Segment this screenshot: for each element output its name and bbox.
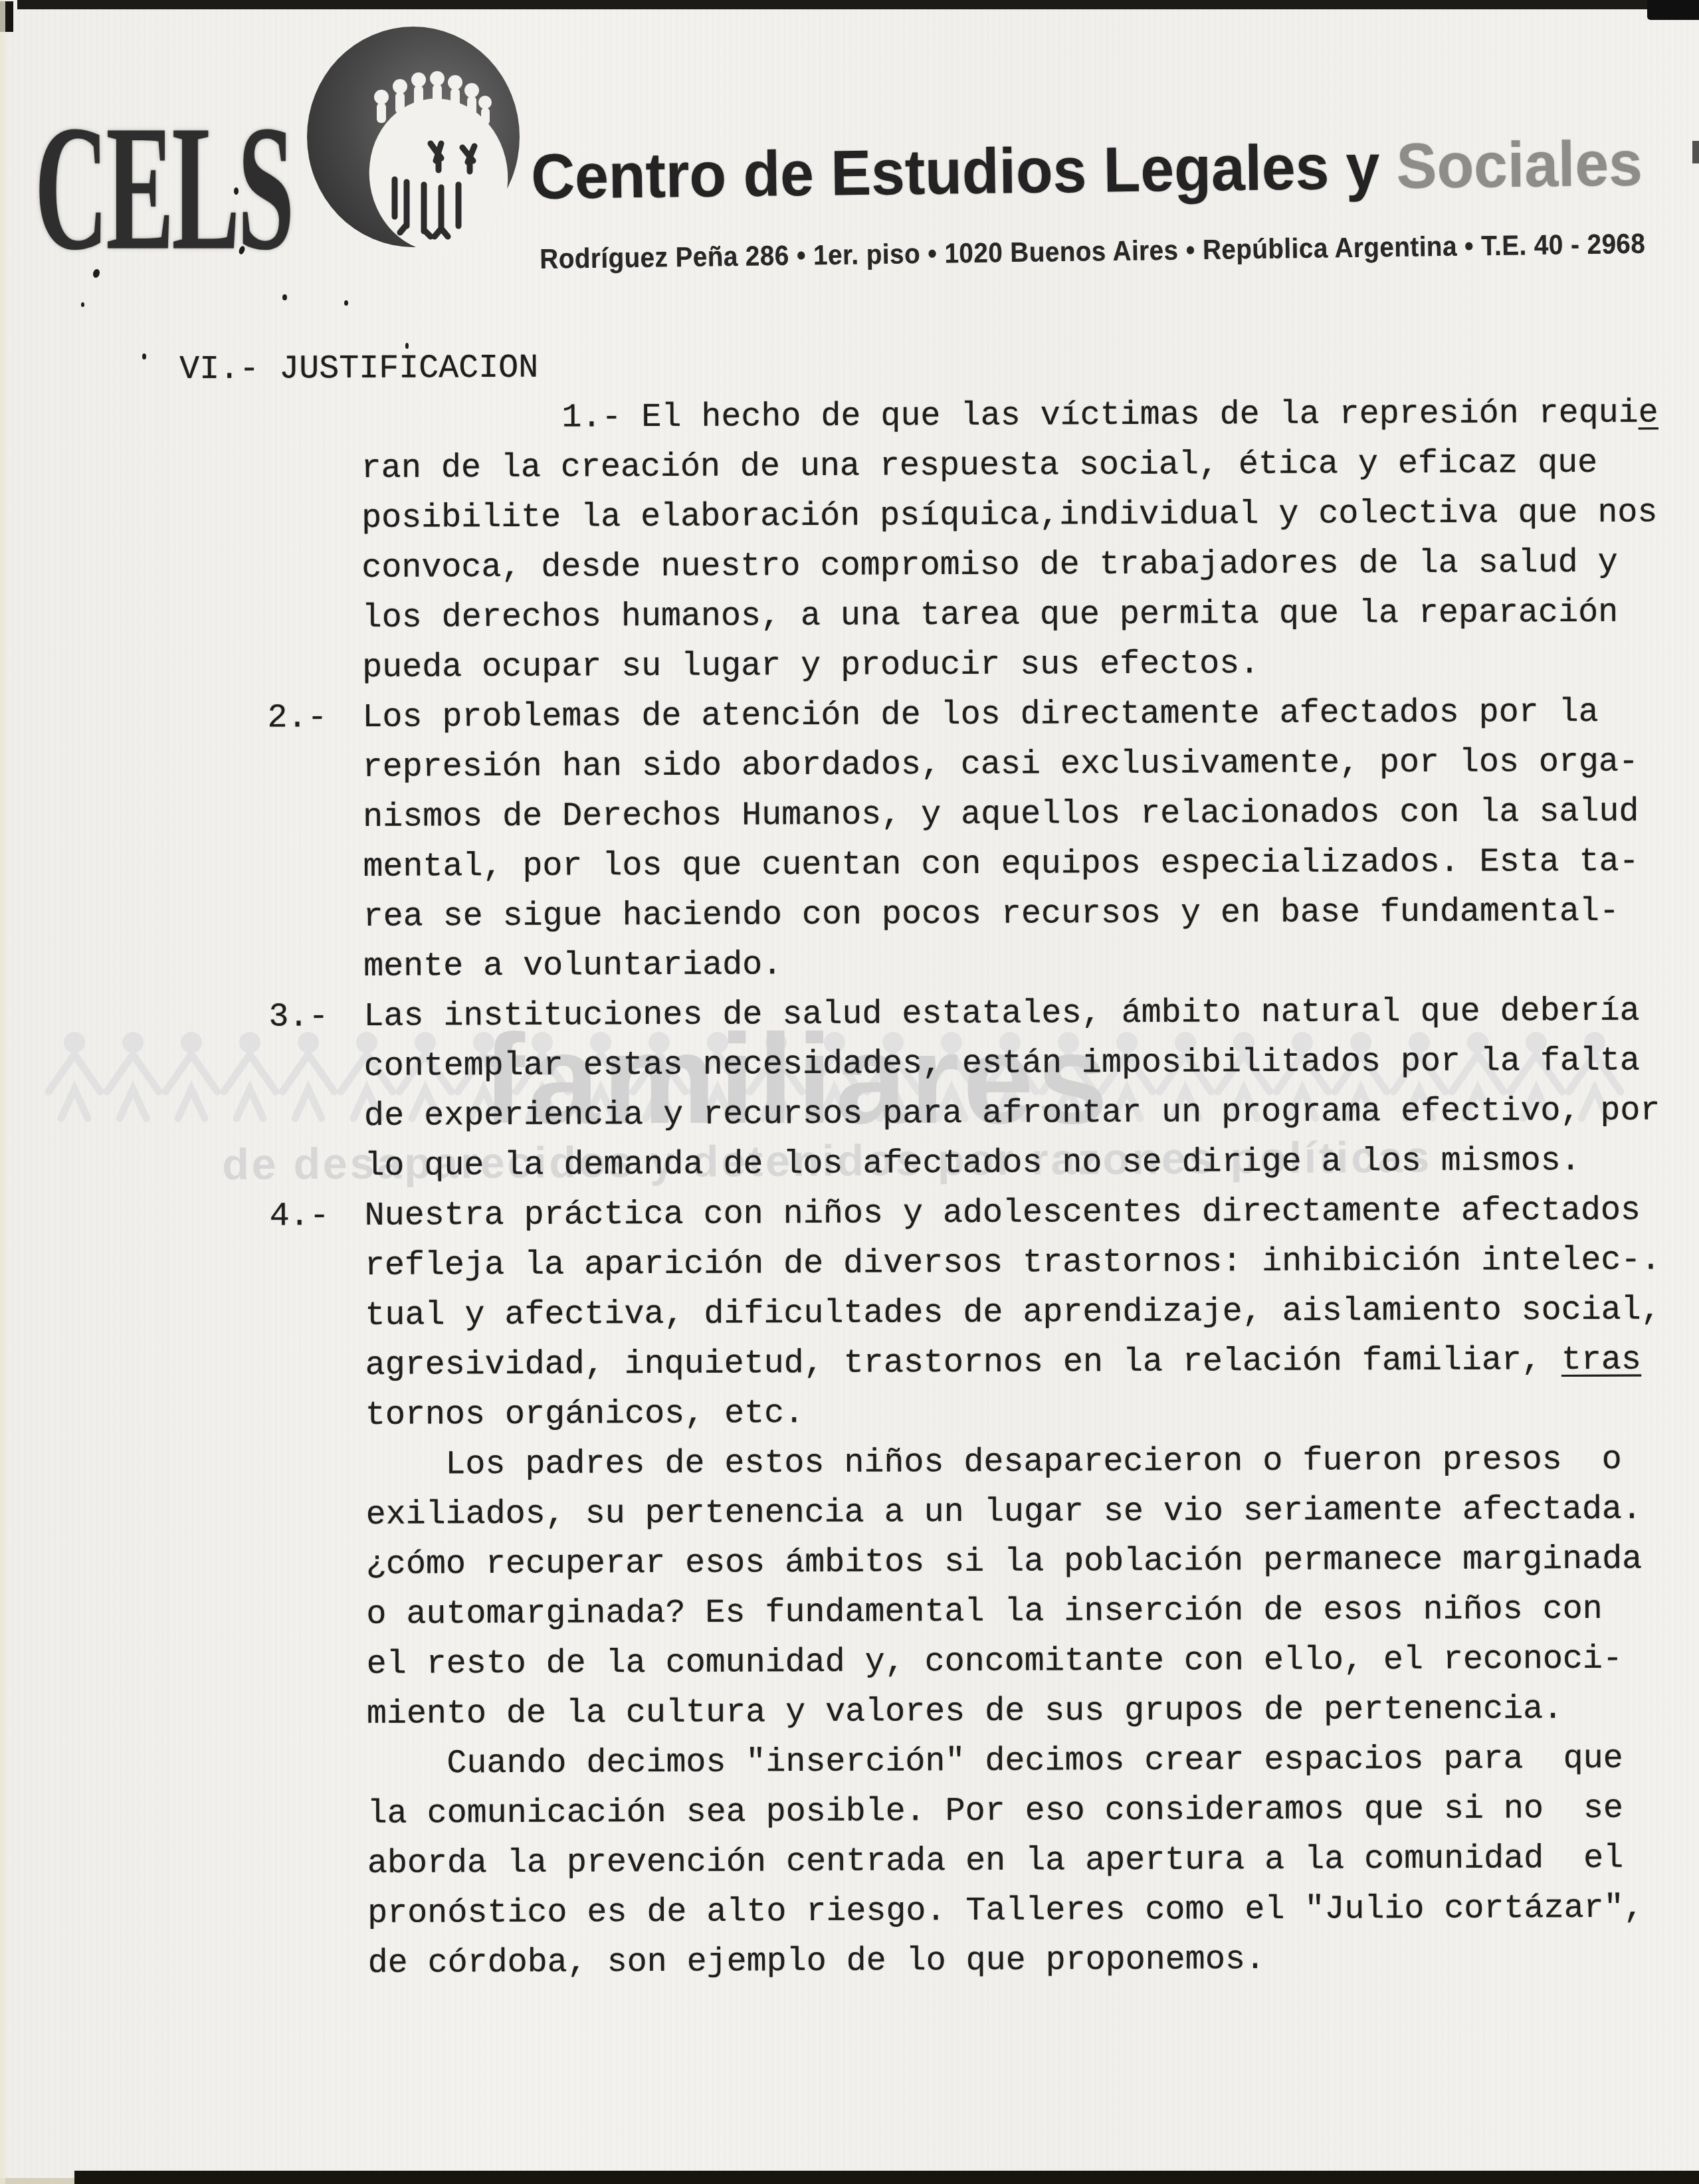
paragraph: 1.- El hecho de que las víctimas de la r… xyxy=(0,388,1699,694)
text-line: refleja la aparición de diversos trastor… xyxy=(4,1235,1699,1292)
org-address-line: Rodríguez Peña 286 • 1er. piso • 1020 Bu… xyxy=(540,228,1646,275)
text-line: miento de la cultura y valores de sus gr… xyxy=(6,1684,1699,1741)
text-line: tual y afectiva, dificultades de aprendi… xyxy=(4,1285,1699,1342)
text-line: lo que la demanda de los afectados no se… xyxy=(3,1136,1699,1193)
text-line: 4.-Nuestra práctica con niños y adolesce… xyxy=(4,1185,1699,1242)
text-line: los derechos humanos, a una tarea que pe… xyxy=(1,587,1699,645)
scan-edge-right-tick xyxy=(1692,141,1699,163)
text-line: aborda la prevención centrada en la aper… xyxy=(7,1833,1699,1890)
text-line: convoca, desde nuestro compromiso de tra… xyxy=(1,538,1699,595)
text-line: ¿cómo recuperar esos ámbitos si la pobla… xyxy=(5,1534,1699,1591)
text-line: tornos orgánicos, etc. xyxy=(5,1385,1699,1442)
text-line: exiliados, su pertenencia a un lugar se … xyxy=(5,1484,1699,1541)
text-line: de córdoba, son ejemplo de lo que propon… xyxy=(7,1933,1699,1990)
text-line: Los padres de estos niños desaparecieron… xyxy=(5,1435,1699,1492)
text-line: pueda ocupar su lugar y producir sus efe… xyxy=(1,637,1699,694)
text-line: pronóstico es de alto riesgo. Talleres c… xyxy=(7,1883,1699,1940)
scan-corner-top-right xyxy=(1647,0,1699,20)
org-name-main: Centro de Estudios Legales y xyxy=(531,131,1397,213)
scan-edge-top xyxy=(17,0,1656,9)
text-line: contemplar estas necesidades, están impo… xyxy=(3,1036,1699,1093)
text-line: nismos de Derechos Humanos, y aquellos r… xyxy=(2,787,1699,844)
text-line: Cuando decimos "inserción" decimos crear… xyxy=(6,1734,1699,1791)
scan-edge-bottom xyxy=(74,2171,1699,2184)
text-line: posibilite la elaboración psíquica,indiv… xyxy=(1,488,1699,545)
text-line: 3.-Las instituciones de salud estatales,… xyxy=(3,986,1699,1043)
text-line: agresividad, inquietud, trastornos en la… xyxy=(5,1335,1699,1392)
text-line: 2.-Los problemas de atención de los dire… xyxy=(1,687,1699,744)
paragraph: 4.-Nuestra práctica con niños y adolesce… xyxy=(4,1185,1699,1442)
text-line: de experiencia y recursos para afrontar … xyxy=(3,1086,1699,1143)
paragraph: Los padres de estos niños desaparecieron… xyxy=(5,1435,1699,1741)
text-line: ran de la creación de una respuesta soci… xyxy=(1,438,1699,495)
ink-speck xyxy=(344,300,348,306)
scan-edge-bottom-left xyxy=(0,2178,74,2184)
text-line: 1.- El hecho de que las víctimas de la r… xyxy=(0,388,1699,445)
org-acronym: CELS xyxy=(35,98,292,278)
text-line: represión han sido abordados, casi exclu… xyxy=(2,737,1699,794)
paragraph: 2.-Los problemas de atención de los dire… xyxy=(1,687,1699,993)
org-name-faded: Sociales xyxy=(1396,128,1643,203)
paragraph-marker: 3.- xyxy=(268,992,328,1042)
org-name: Centro de Estudios Legales y Sociales xyxy=(531,128,1643,214)
section-heading: VI.- JUSTIFICACION xyxy=(0,338,1699,395)
text-line: mental, por los que cuentan con equipos … xyxy=(2,837,1699,894)
text-line: mente a voluntariado. xyxy=(3,936,1699,993)
paragraph: 3.-Las instituciones de salud estatales,… xyxy=(3,986,1699,1193)
scanned-document-page: CELS xyxy=(0,0,1699,2184)
paragraphs-container: 1.- El hecho de que las víctimas de la r… xyxy=(0,388,1699,1990)
text-line: rea se sigue haciendo con pocos recursos… xyxy=(3,886,1699,943)
text-line: la comunicación sea posible. Por eso con… xyxy=(6,1783,1699,1840)
paragraph-marker: 4.- xyxy=(270,1191,330,1241)
paragraph-marker: 2.- xyxy=(267,693,327,743)
cels-logo-icon xyxy=(300,25,530,251)
paragraph: Cuando decimos "inserción" decimos crear… xyxy=(6,1734,1699,1990)
typewritten-body: VI.- JUSTIFICACION 1.- El hecho de que l… xyxy=(0,338,1699,1990)
text-line: o automarginada? Es fundamental la inser… xyxy=(5,1584,1699,1641)
ink-speck xyxy=(81,302,84,307)
ink-speck xyxy=(282,294,287,300)
text-line: el resto de la comunidad y, concomitante… xyxy=(6,1634,1699,1691)
